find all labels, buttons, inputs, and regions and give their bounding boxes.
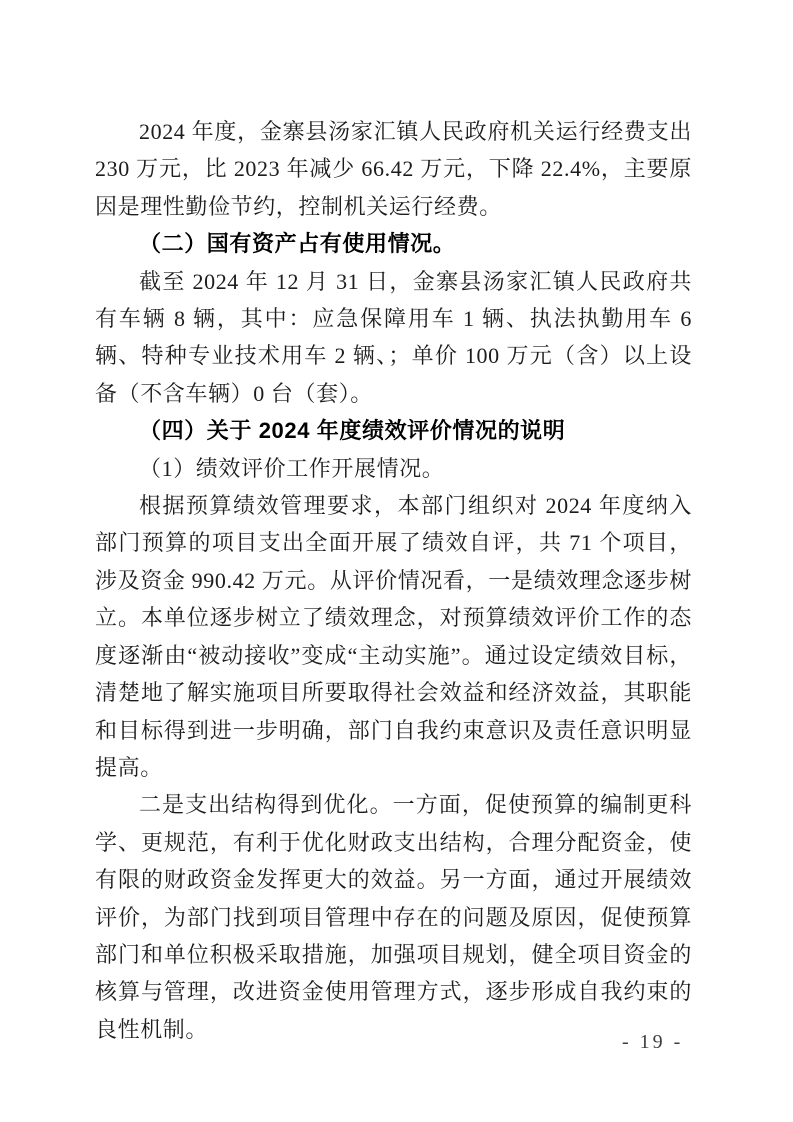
paragraph: 截至 2024 年 12 月 31 日，金寨县汤家汇镇人民政府共有车辆 8 辆，…: [95, 263, 692, 413]
section-heading: （二）国有资产占有使用情况。: [95, 225, 692, 262]
paragraph: 根据预算绩效管理要求，本部门组织对 2024 年度纳入部门预算的项目支出全面开展…: [95, 487, 692, 786]
paragraph: 2024 年度，金寨县汤家汇镇人民政府机关运行经费支出 230 万元，比 202…: [95, 113, 692, 225]
document-body: 2024 年度，金寨县汤家汇镇人民政府机关运行经费支出 230 万元，比 202…: [95, 113, 692, 1048]
paragraph: （1）绩效评价工作开展情况。: [95, 450, 692, 487]
paragraph: 二是支出结构得到优化。一方面，促使预算的编制更科学、更规范，有利于优化财政支出结…: [95, 786, 692, 1048]
page-number: - 19 -: [622, 1031, 683, 1053]
document-page: 2024 年度，金寨县汤家汇镇人民政府机关运行经费支出 230 万元，比 202…: [0, 0, 793, 1122]
section-heading: （四）关于 2024 年度绩效评价情况的说明: [95, 412, 692, 449]
